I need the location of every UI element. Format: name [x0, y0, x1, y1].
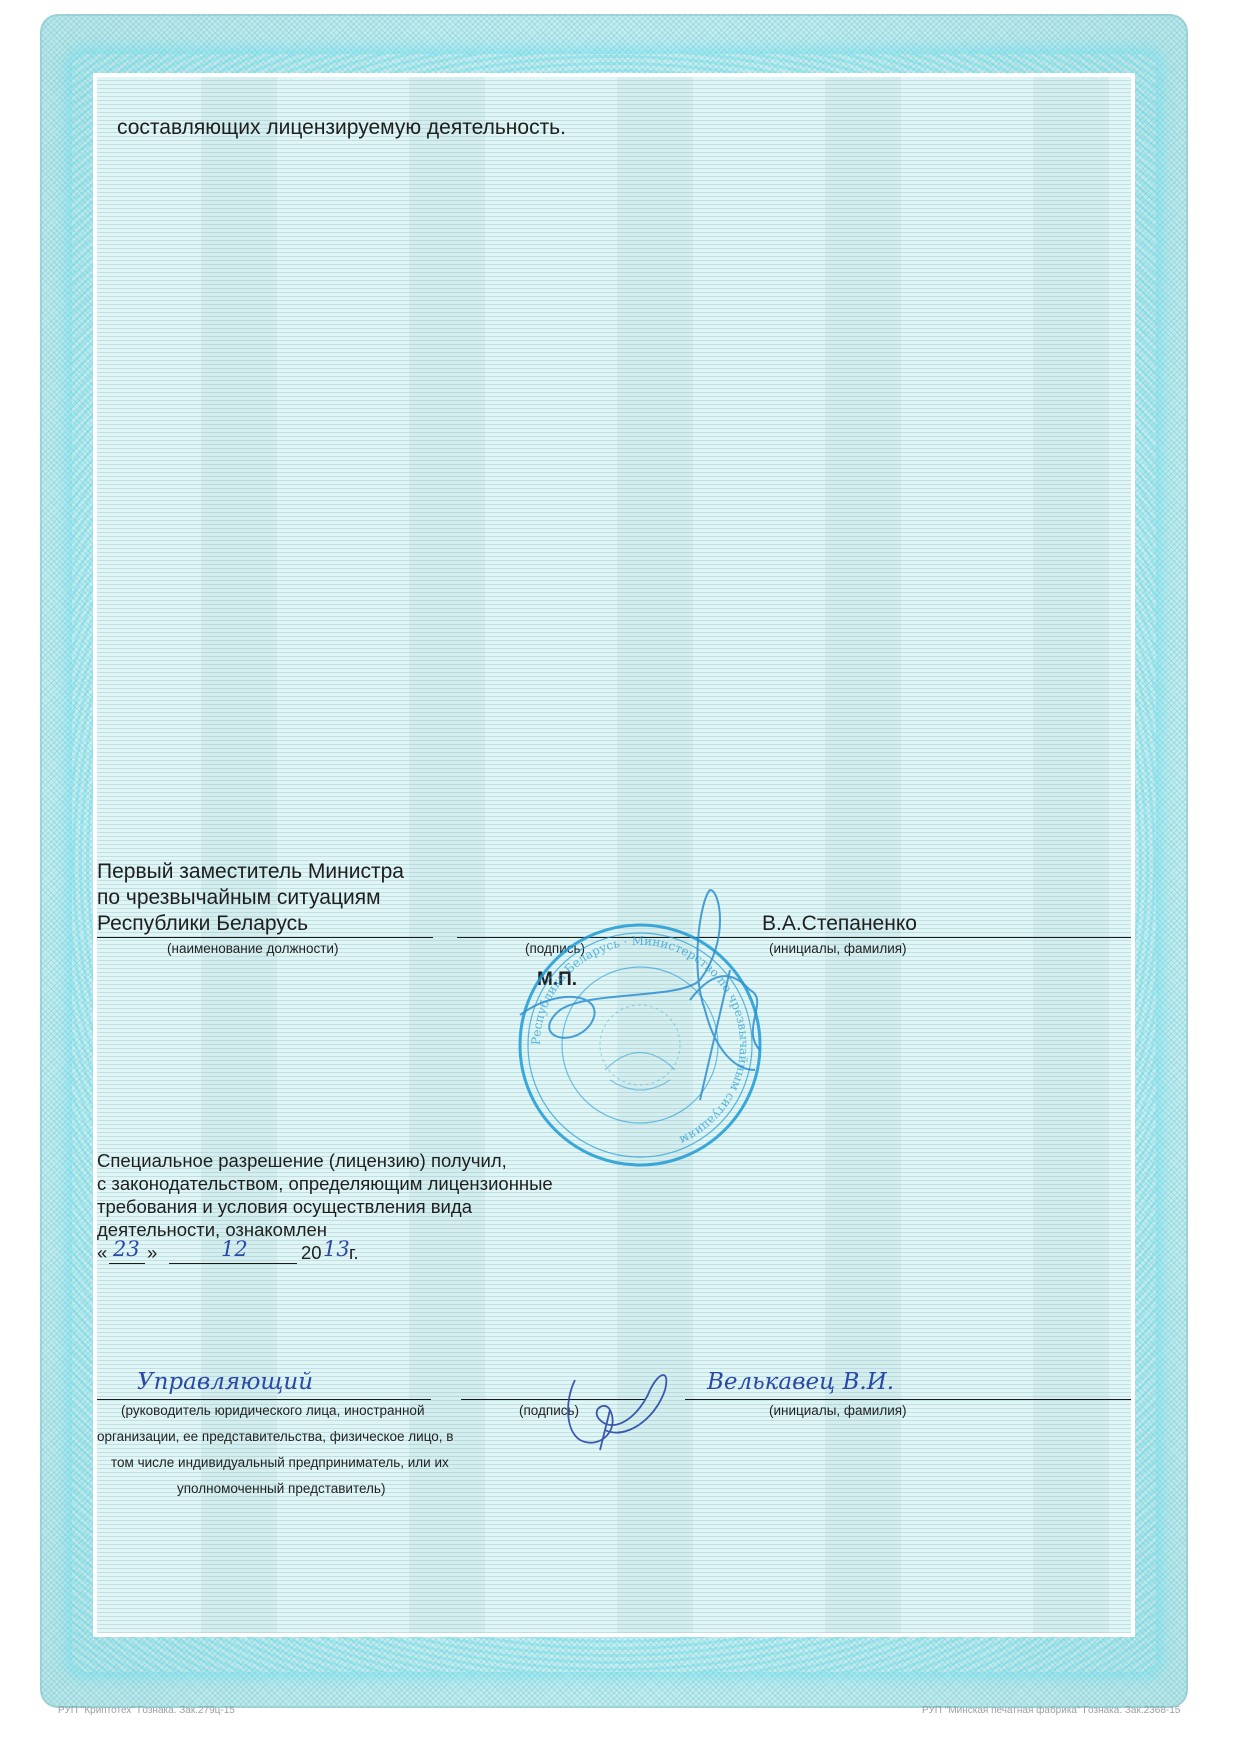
- acknowledgement-line: требования и условия осуществления вида: [97, 1195, 472, 1218]
- continuation-line: составляющих лицензируемую деятельность.: [117, 115, 566, 141]
- recipient-position-caption: том числе индивидуальный предприниматель…: [111, 1455, 449, 1471]
- issuer-position-line: по чрезвычайным ситуациям: [97, 885, 381, 911]
- recipient-position-caption: (руководитель юридического лица, иностра…: [121, 1403, 424, 1419]
- date-close-quote: »: [147, 1241, 157, 1264]
- recipient-position-caption: организации, ее представительства, физич…: [97, 1429, 453, 1445]
- document-paper: составляющих лицензируемую деятельность.…: [97, 77, 1131, 1633]
- recipient-signature-rule: [461, 1399, 645, 1400]
- printer-imprint-right: РУП "Минская печатная фабрика" Гознака. …: [922, 1705, 1180, 1716]
- recipient-position-handwritten: Управляющий: [137, 1369, 313, 1395]
- date-year-unit: г.: [349, 1241, 359, 1264]
- issuer-signature-caption: (подпись): [525, 941, 585, 957]
- date-year-suffix: 13: [323, 1237, 350, 1261]
- date-year-prefix: 20: [301, 1241, 322, 1264]
- issuer-position-line: Первый заместитель Министра: [97, 859, 404, 885]
- recipient-position-rule: [97, 1399, 431, 1400]
- date-day: 23: [113, 1237, 140, 1261]
- document-frame: составляющих лицензируемую деятельность.…: [93, 73, 1135, 1637]
- acknowledgement-line: с законодательством, определяющим лиценз…: [97, 1172, 553, 1195]
- recipient-name-handwritten: Велькавец В.И.: [707, 1369, 894, 1395]
- recipient-position-caption: уполномоченный представитель): [177, 1481, 385, 1497]
- issuer-name-rule: [697, 937, 1131, 938]
- recipient-name-caption: (инициалы, фамилия): [769, 1403, 907, 1419]
- acknowledgement-line: Специальное разрешение (лицензию) получи…: [97, 1149, 507, 1172]
- date-month: 12: [221, 1237, 248, 1261]
- issuer-position-line-rule: [97, 937, 433, 938]
- printer-imprint-left: РУП "Криптотех" Гознака. Зак.279ц-15: [58, 1705, 235, 1716]
- issuer-name: В.А.Степаненко: [762, 911, 917, 937]
- date-day-rule: [109, 1263, 145, 1264]
- recipient-name-rule: [685, 1399, 1131, 1400]
- issuer-name-caption: (инициалы, фамилия): [769, 941, 907, 957]
- issuer-signature-rule: [457, 937, 697, 938]
- date-open-quote: «: [97, 1241, 107, 1264]
- issuer-position-caption: (наименование должности): [167, 941, 338, 957]
- seal-label: М.П.: [537, 967, 577, 993]
- date-month-rule: [169, 1263, 297, 1264]
- issuer-position-line: Республики Беларусь: [97, 911, 308, 937]
- recipient-signature-caption: (подпись): [519, 1403, 579, 1419]
